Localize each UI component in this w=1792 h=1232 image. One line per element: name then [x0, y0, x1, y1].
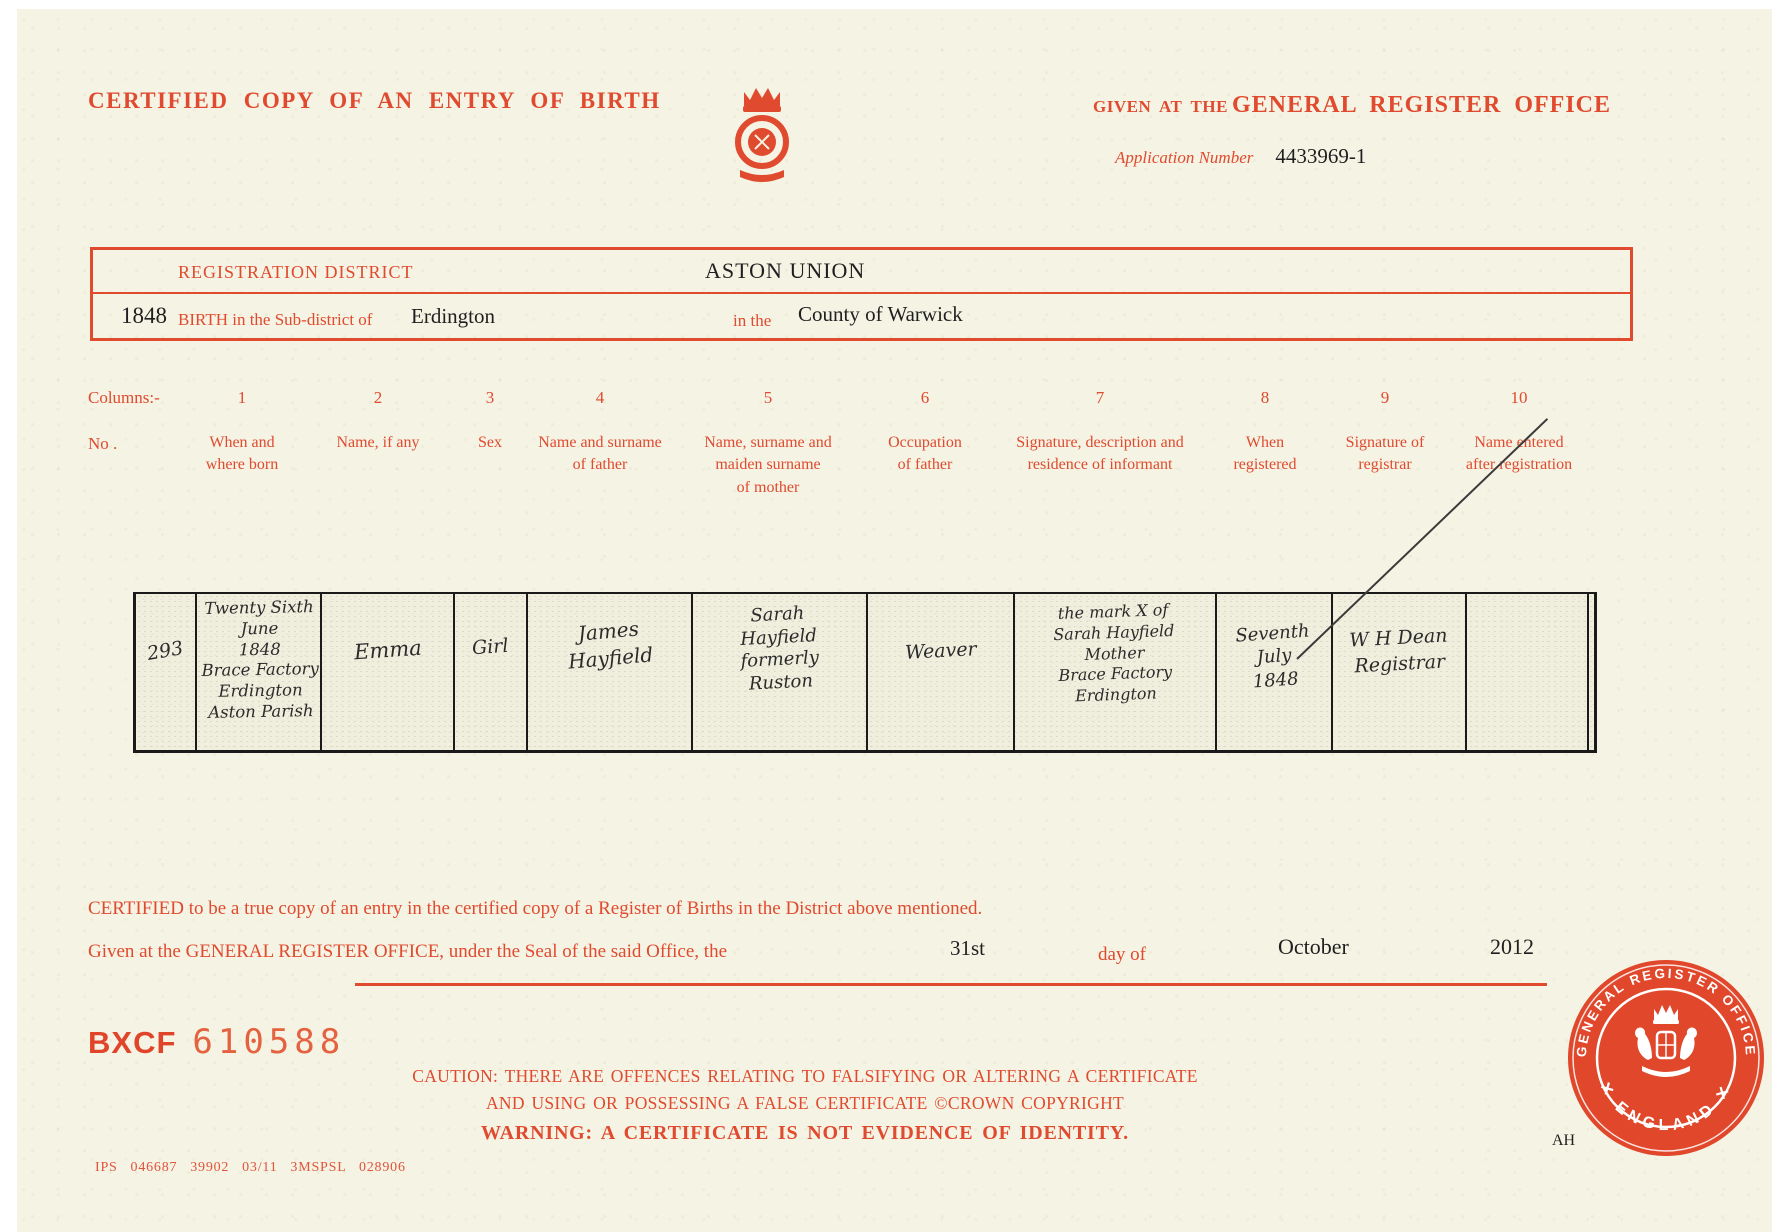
column-number-5: 5 — [728, 388, 808, 408]
cell-father-occupation: Weaver — [866, 594, 1013, 750]
warning-notice: WARNING: A CERTIFICATE IS NOT EVIDENCE O… — [290, 1122, 1320, 1145]
district-box-divider — [93, 292, 1630, 294]
column-label-name-after: Name entered after registration — [1429, 432, 1609, 477]
scan-edge-top — [0, 0, 1792, 9]
royal-arms-icon — [726, 82, 798, 192]
column-label-when-registered: When registered — [1205, 432, 1325, 477]
entry-number-handwriting: 293 — [146, 637, 186, 665]
table-right-double-border — [1587, 594, 1589, 750]
given-at-office: GENERAL REGISTER OFFICE — [1232, 92, 1611, 118]
column-number-8: 8 — [1225, 388, 1305, 408]
registration-district-value: ASTON UNION — [705, 258, 865, 284]
mother-name-handwriting: Sarah Hayfield formerly Ruston — [738, 602, 821, 696]
cell-name-after-registration — [1465, 594, 1595, 750]
county-value: County of Warwick — [798, 302, 963, 327]
certificate-serial: BXCF 610588 — [88, 1022, 345, 1062]
column-number-6: 6 — [885, 388, 965, 408]
given-at-statement: Given at the GENERAL REGISTER OFFICE, un… — [88, 941, 727, 963]
subdistrict-value: Erdington — [411, 304, 495, 329]
column-label-name: Name, if any — [303, 432, 453, 454]
given-at-prefix: GIVEN AT THE — [1093, 97, 1228, 116]
scan-edge-left — [0, 0, 17, 1232]
application-number-row: Application Number 4433969-1 — [1115, 144, 1366, 169]
occupation-handwriting: Weaver — [904, 638, 977, 664]
clerk-initials: AH — [1552, 1132, 1575, 1150]
birth-subdistrict-label: BIRTH in the Sub-district of — [178, 310, 372, 330]
registrar-signature-handwriting: W H Dean Registrar — [1349, 623, 1450, 679]
column-label-when-where-born: When and where born — [167, 432, 317, 477]
sex-handwriting: Girl — [472, 635, 510, 659]
caution-line-2: AND USING OR POSSESSING A FALSE CERTIFIC… — [290, 1090, 1320, 1117]
when-where-born-handwriting: Twenty Sixth June 1848 Brace Factory Erd… — [184, 597, 336, 724]
cell-informant: the mark X of Sarah Hayfield Mother Brac… — [1013, 594, 1215, 750]
cell-when-where-born: Twenty Sixth June 1848 Brace Factory Erd… — [195, 594, 320, 750]
when-registered-handwriting: Seventh July 1848 — [1235, 619, 1314, 694]
cell-father-name: James Hayfield — [526, 594, 691, 750]
day-of-label: day of — [1098, 944, 1146, 966]
column-label-mother: Name, surname and maiden surname of moth… — [668, 432, 868, 499]
register-entry-table: 293 Twenty Sixth June 1848 Brace Factory… — [133, 592, 1597, 753]
in-the-label: in the — [733, 311, 771, 331]
application-number-label: Application Number — [1115, 148, 1253, 167]
issue-month: October — [1278, 934, 1349, 960]
certificate-title: CERTIFIED COPY OF AN ENTRY OF BIRTH — [88, 88, 661, 114]
serial-number: 610588 — [192, 1022, 345, 1062]
column-number-1: 1 — [202, 388, 282, 408]
cell-child-name: Emma — [320, 594, 453, 750]
issue-day: 31st — [950, 936, 985, 961]
issue-year: 2012 — [1490, 934, 1534, 960]
caution-line-1: CAUTION: THERE ARE OFFENCES RELATING TO … — [290, 1063, 1320, 1090]
column-number-3: 3 — [450, 388, 530, 408]
child-name-handwriting: Emma — [353, 636, 422, 665]
cell-when-registered: Seventh July 1848 — [1215, 594, 1331, 750]
registration-district-label: REGISTRATION DISTRICT — [178, 262, 414, 283]
column-number-10: 10 — [1479, 388, 1559, 408]
cell-registrar-signature: W H Dean Registrar — [1331, 594, 1465, 750]
column-number-4: 4 — [560, 388, 640, 408]
application-number-value: 4433969-1 — [1275, 144, 1366, 168]
scan-edge-right — [1772, 0, 1792, 1232]
caution-notice: CAUTION: THERE ARE OFFENCES RELATING TO … — [290, 1063, 1320, 1117]
gro-seal-icon: GENERAL REGISTER OFFICE ✕ ENGLAND ✕ — [1564, 956, 1768, 1165]
print-reference-line: IPS 046687 39902 03/11 3MSPSL 028906 — [95, 1160, 406, 1176]
registration-year: 1848 — [121, 303, 167, 329]
given-at-heading: GIVEN AT THE GENERAL REGISTER OFFICE — [1093, 92, 1611, 119]
cell-sex: Girl — [453, 594, 526, 750]
birth-certificate-document: CERTIFIED COPY OF AN ENTRY OF BIRTH GIVE… — [0, 0, 1792, 1232]
certified-statement: CERTIFIED to be a true copy of an entry … — [88, 898, 982, 920]
column-no-label: No . — [88, 434, 117, 454]
column-number-2: 2 — [338, 388, 418, 408]
father-name-handwriting: James Hayfield — [565, 614, 654, 675]
registration-district-box: REGISTRATION DISTRICT ASTON UNION 1848 B… — [90, 247, 1633, 341]
column-number-9: 9 — [1345, 388, 1425, 408]
column-number-7: 7 — [1060, 388, 1140, 408]
signature-rule — [355, 983, 1547, 986]
cell-mother-name: Sarah Hayfield formerly Ruston — [691, 594, 866, 750]
serial-prefix: BXCF — [88, 1025, 176, 1060]
column-label-informant: Signature, description and residence of … — [970, 432, 1230, 477]
columns-caption: Columns:- — [88, 388, 160, 408]
informant-handwriting: the mark X of Sarah Hayfield Mother Brac… — [1053, 600, 1178, 708]
